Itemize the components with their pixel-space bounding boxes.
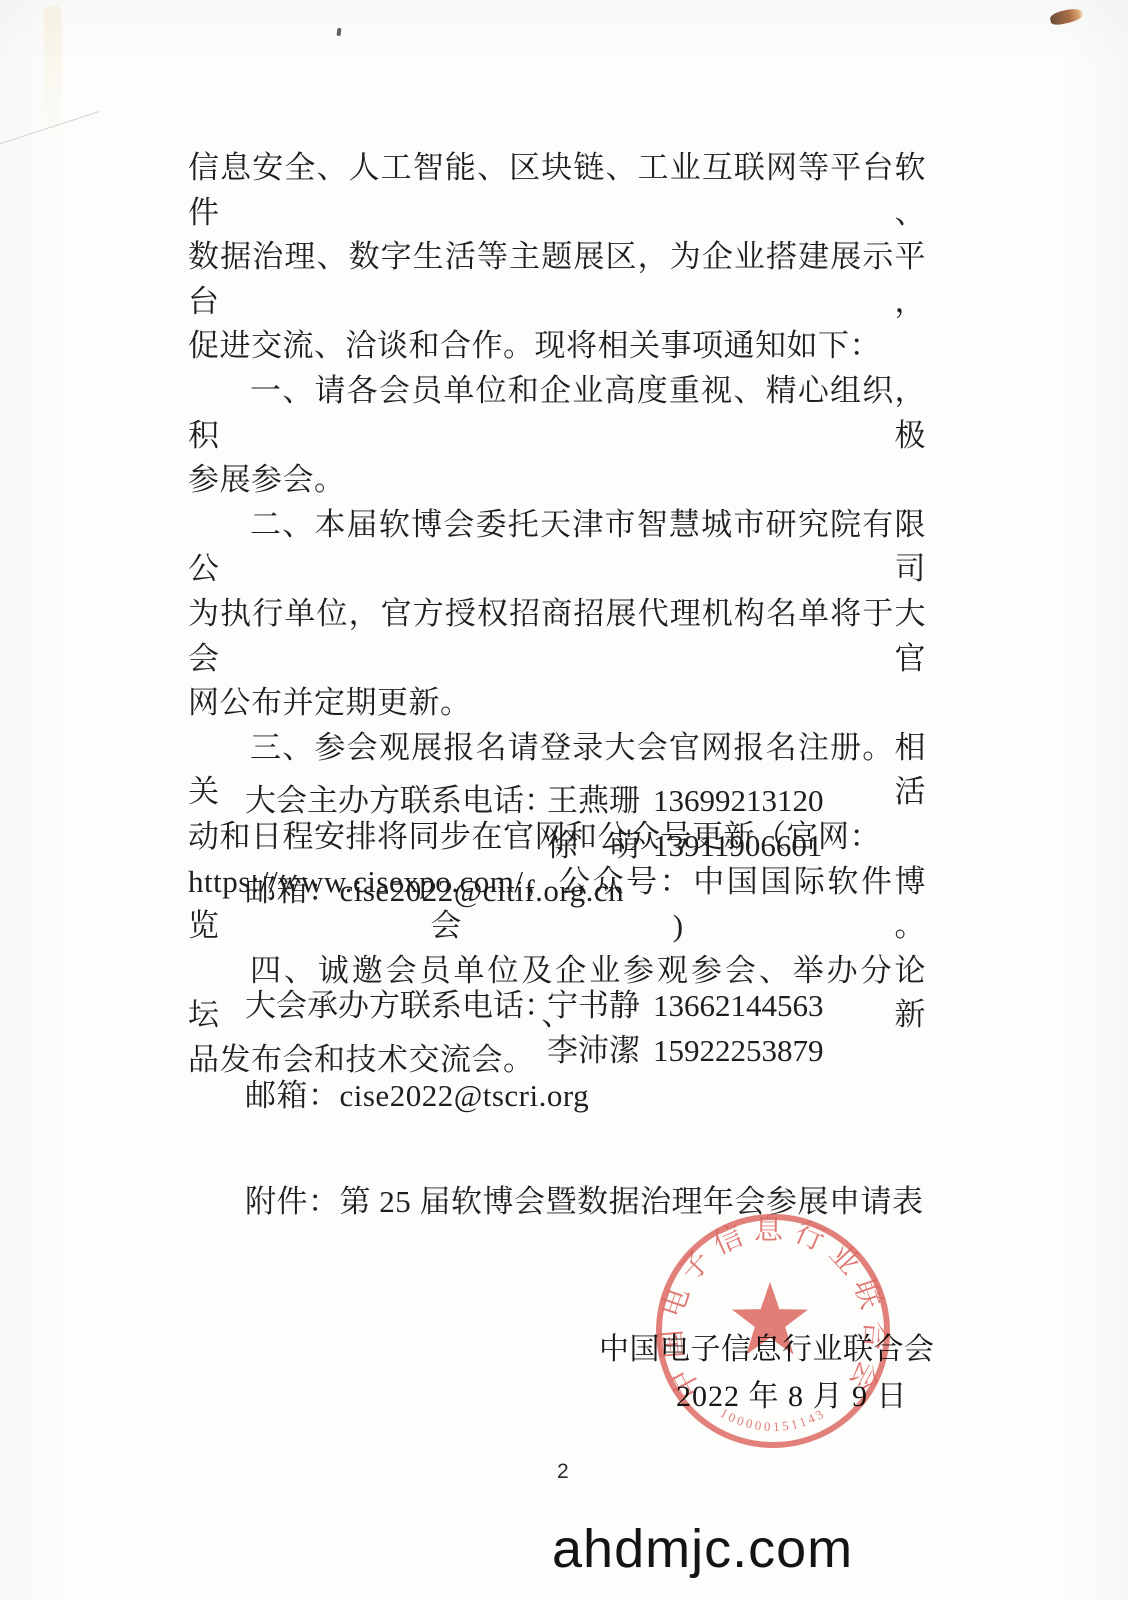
notice-body: 信息安全、人工智能、区块链、工业互联网等平台软件、 数据治理、数字生活等主题展区… [188,146,926,1082]
scanned-document-page: 信息安全、人工智能、区块链、工业互联网等平台软件、 数据治理、数字生活等主题展区… [0,0,1128,1600]
body-line: 促进交流、洽谈和合作。现将相关事项通知如下： [188,324,926,369]
body-line: 为执行单位，官方授权招商招展代理机构名单将于大会官 [188,592,926,681]
contact-name: 李沛潔 [547,1028,653,1073]
undertaker-email-row: 邮箱：cise2022@tscri.org [245,1073,824,1118]
contact-phone: 15922253879 [653,1033,824,1068]
contact-name: 王燕珊 [547,778,653,823]
contact-name: 宁书静 [547,983,653,1028]
watermark-text: ahdmjc.com [552,1518,853,1580]
body-line-item-2: 二、本届软博会委托天津市智慧城市研究院有限公司 [188,503,926,592]
organizer-email-row: 邮箱：cise2022@citif.org.cn [245,868,824,913]
undertaker-email: cise2022@tscri.org [340,1078,590,1113]
page-number: 2 [557,1460,569,1484]
body-line: 信息安全、人工智能、区块链、工业互联网等平台软件、 [188,146,926,235]
undertaker-contact-row: 李沛潔15922253879 [547,1028,824,1073]
scan-artifact-left-band [44,6,62,166]
body-line-item-1: 一、请各会员单位和企业高度重视、精心组织，积极 [188,369,926,458]
undertaker-contact-block: 大会承办方联系电话：宁书静13662144563 李沛潔15922253879 … [245,983,824,1118]
contact-phone: 13662144563 [653,988,824,1023]
email-label: 邮箱： [245,1078,340,1113]
seal-code-text: 100000151143 [718,1405,829,1434]
organizer-email: cise2022@citif.org.cn [340,873,625,908]
scan-artifact-corner-smudge [1049,7,1085,27]
organizer-contact-block: 大会主办方联系电话：王燕珊13699213120 徐 萌13911906601 … [245,778,824,913]
body-line: 参展参会。 [188,458,926,503]
scan-artifact-speck [336,28,341,36]
seal-star-icon [732,1282,808,1354]
organizer-contact-row: 徐 萌13911906601 [547,823,824,868]
email-label: 邮箱： [245,873,340,908]
organizer-contact-label: 大会主办方联系电话： [245,778,547,823]
contact-name: 徐 萌 [547,823,653,868]
undertaker-contact-row: 大会承办方联系电话：宁书静13662144563 [245,983,824,1028]
official-red-seal: 中国电子信息行业联合会 100000151143 [648,1206,898,1456]
undertaker-contact-label: 大会承办方联系电话： [245,983,547,1028]
body-line: 网公布并定期更新。 [188,681,926,726]
contact-phone: 13699213120 [653,783,824,818]
contact-phone: 13911906601 [653,828,822,863]
organizer-contact-row: 大会主办方联系电话：王燕珊13699213120 [245,778,824,823]
body-line: 数据治理、数字生活等主题展区，为企业搭建展示平台， [188,235,926,324]
